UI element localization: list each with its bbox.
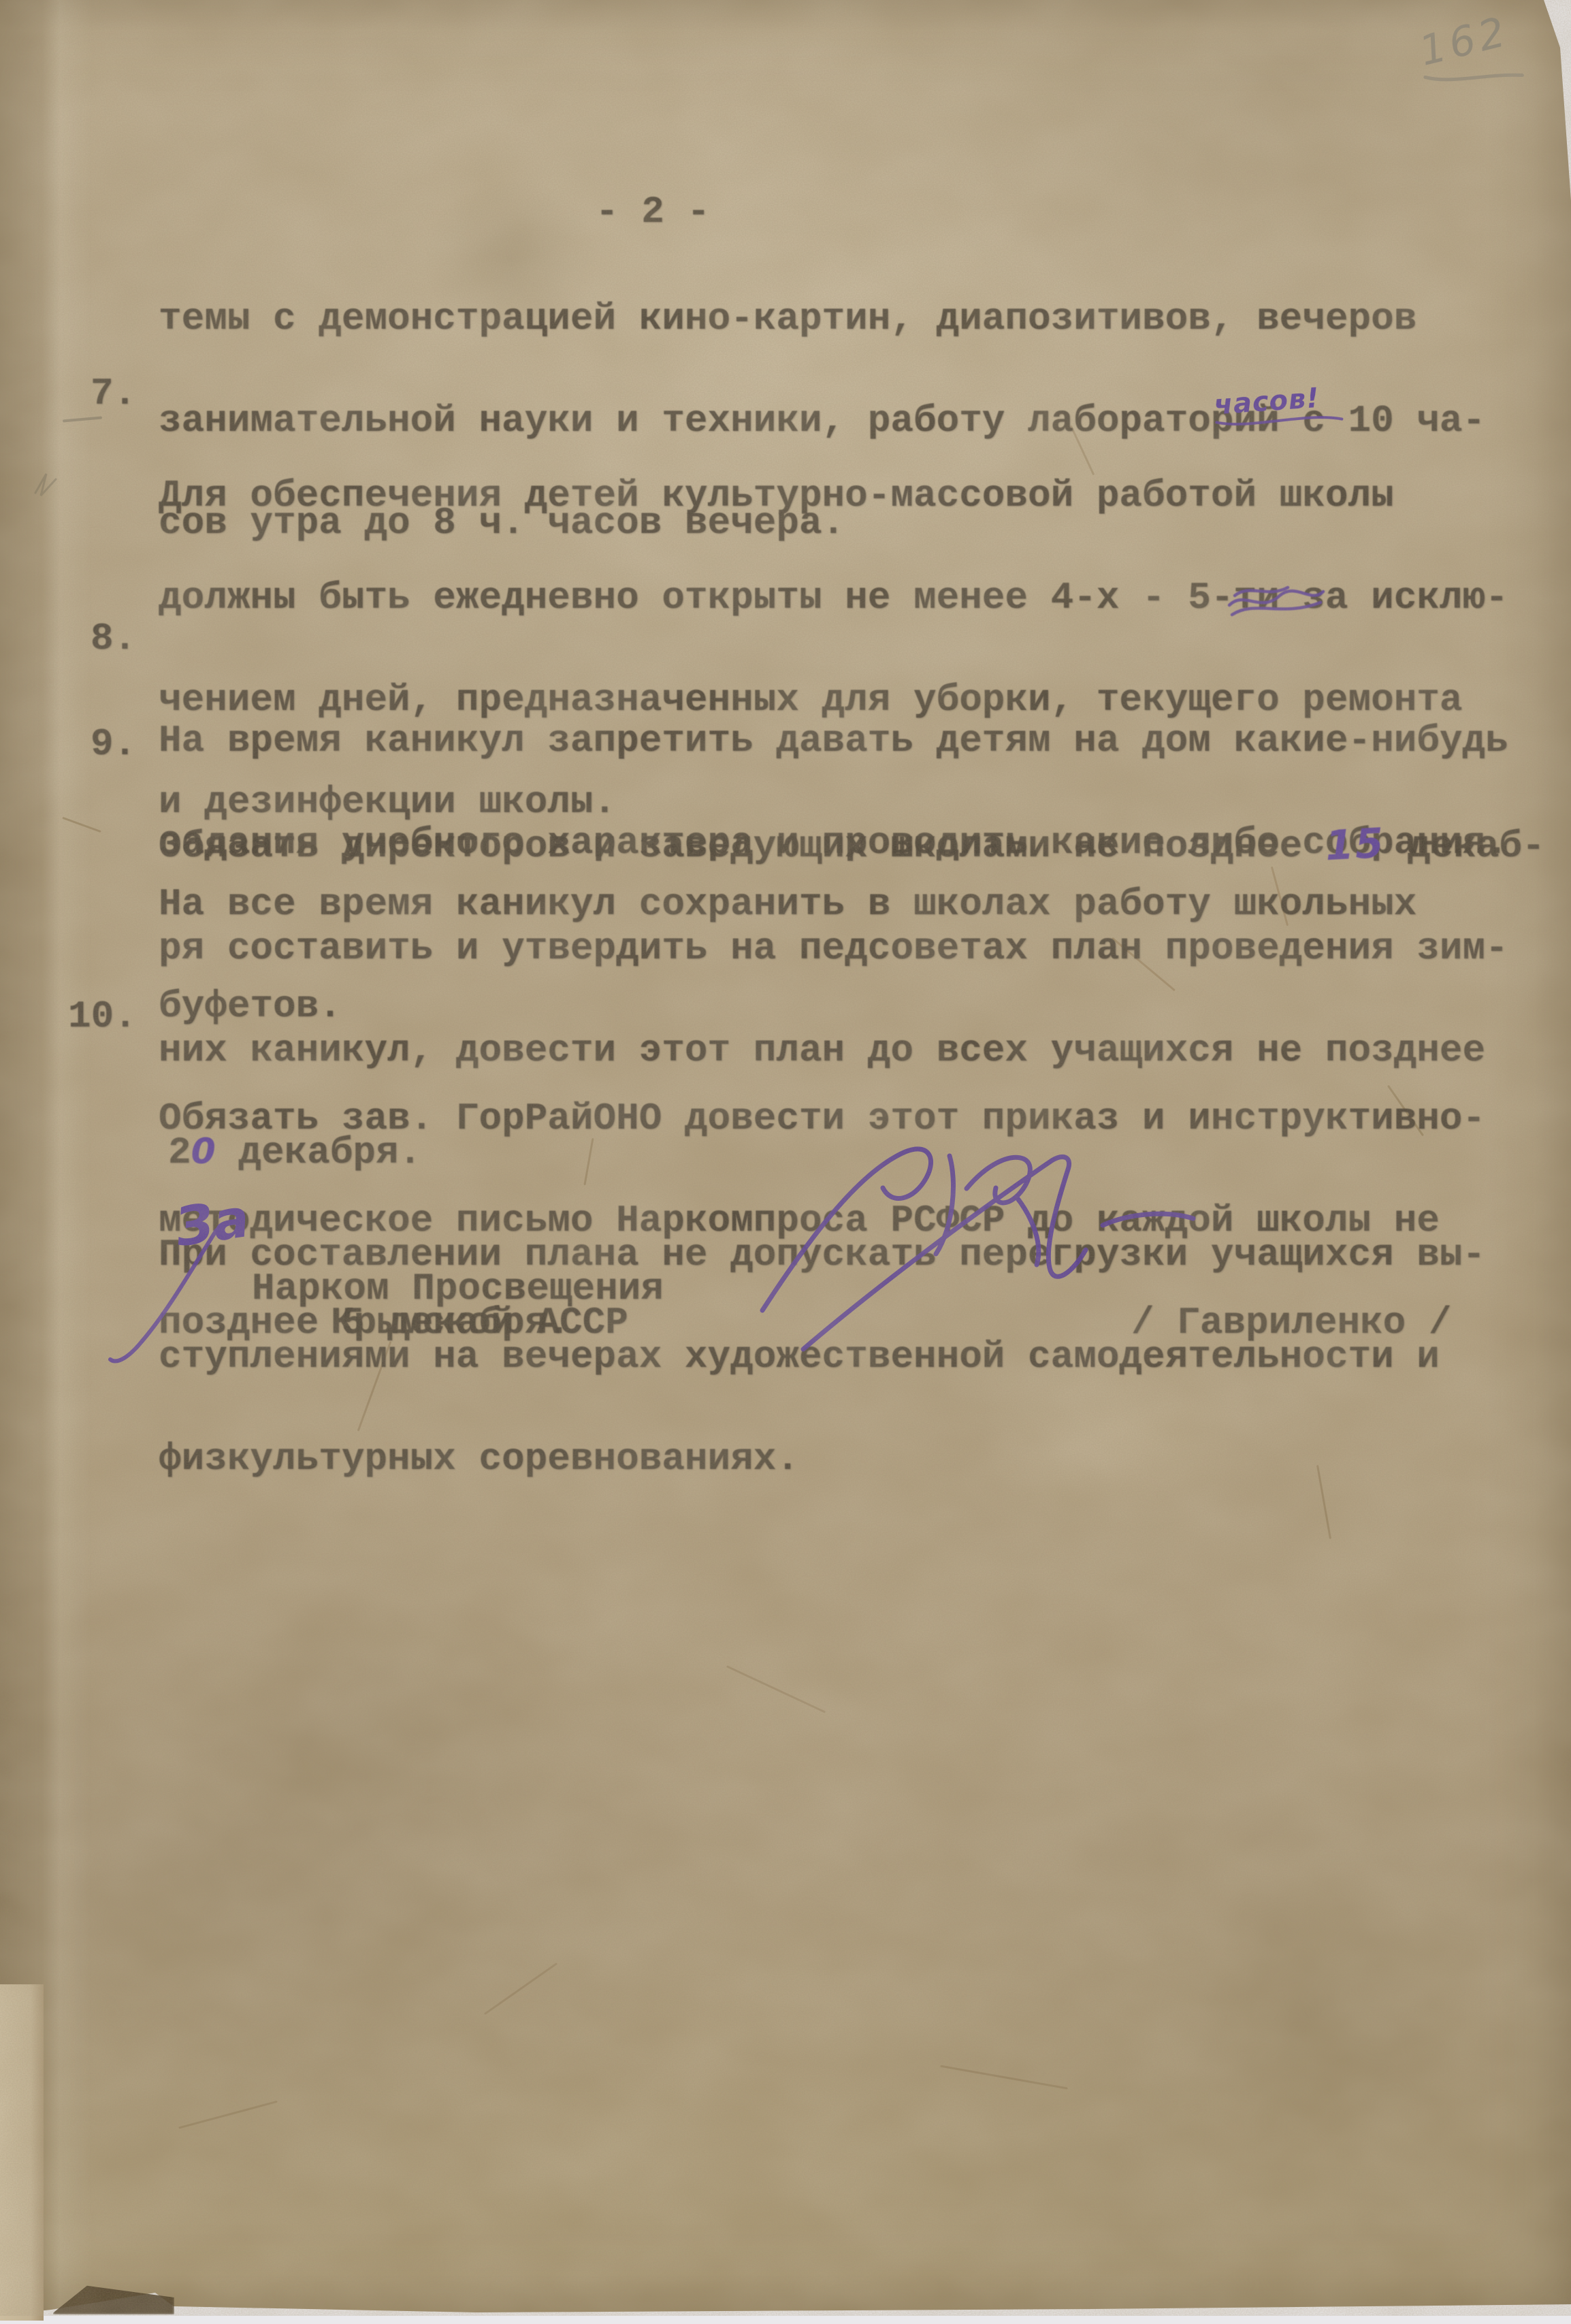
typed-segment: декаб- xyxy=(1384,824,1544,868)
signature-stroke xyxy=(732,1123,1208,1358)
stain xyxy=(1157,1872,1470,2158)
item-number: 7. xyxy=(91,376,136,410)
item-number: 9. xyxy=(91,727,136,761)
handwritten-date-15: 15 xyxy=(1325,843,1384,847)
folio-underline-pencil xyxy=(1423,65,1525,86)
typed-segment: Обязать директоров и заведующих школами … xyxy=(159,824,1325,868)
typed-line: темы с демонстрацией кино-картин, диапоз… xyxy=(159,302,1485,336)
typed-line: должны быть ежедневно открыты не менее 4… xyxy=(159,581,1508,615)
item-number: 10. xyxy=(68,999,137,1033)
typed-line: - 2 - xyxy=(596,195,710,229)
strikeout-text: ти xyxy=(1233,581,1279,615)
typed-segment: должны быть ежедневно открыты не менее 4… xyxy=(159,576,1233,619)
handwritten-hours-note: часов! xyxy=(1213,381,1345,434)
typed-line: Для обеспечения детей культурно-массовой… xyxy=(159,479,1508,513)
za-flourish-stroke xyxy=(102,1188,279,1372)
stain xyxy=(204,1600,545,1858)
typed-line: Обязать директоров и заведующих школами … xyxy=(159,829,1545,863)
item-number: 8. xyxy=(91,622,136,656)
typed-line: ря составить и утвердить на педсоветах п… xyxy=(159,931,1545,965)
underlying-page-edge xyxy=(0,1984,44,2321)
typed-line: Крымской АССР xyxy=(331,1306,628,1340)
typed-line: физкультурных соревнованиях. xyxy=(159,1442,1545,1476)
signatory-title-line2: Крымской АССР xyxy=(331,1238,628,1374)
document-page: { "page": { "folio": "162", "number": "-… xyxy=(0,0,1571,2324)
pencil-scribble xyxy=(33,468,60,500)
strikethrough-scribble xyxy=(1225,570,1327,627)
